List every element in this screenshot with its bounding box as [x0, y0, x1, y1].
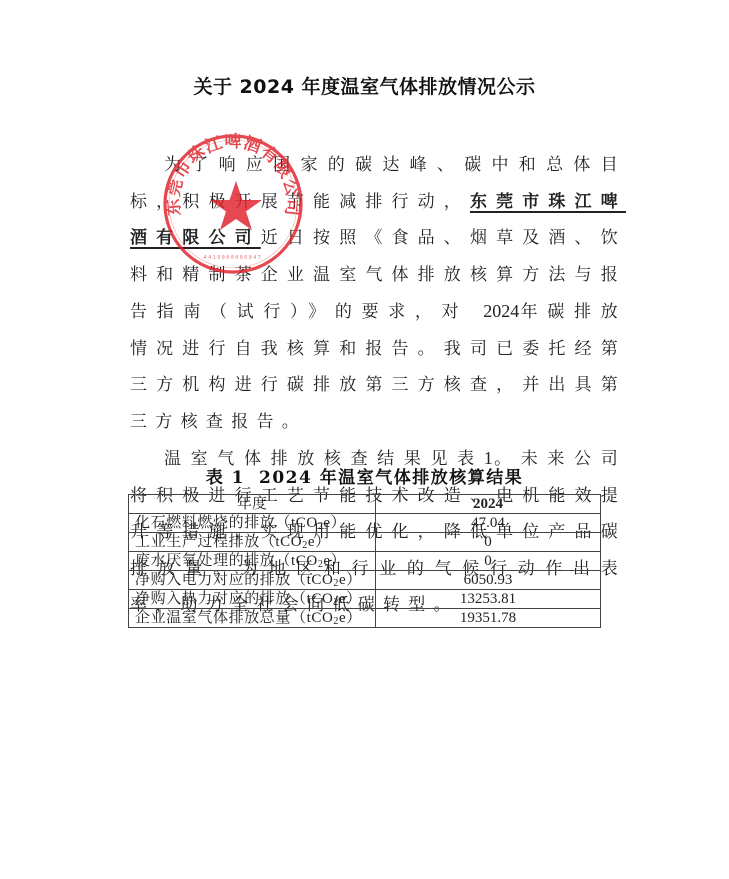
row-value: 47.04 — [376, 514, 601, 533]
row-label: 废水厌氧处理的排放（tCO2e） — [129, 552, 376, 571]
row-value: 0 — [376, 533, 601, 552]
report-year: 2024 — [483, 301, 519, 321]
header-year-value: 2024 — [376, 495, 601, 514]
table-caption-title: 年温室气体排放核算结果 — [320, 468, 524, 488]
unit: （tCO — [291, 572, 333, 588]
row-value: 19351.78 — [376, 609, 601, 628]
unit: （tCO — [291, 591, 333, 607]
row-value: 6050.93 — [376, 571, 601, 590]
row-label: 净购入热力对应的排放（tCO2e） — [129, 590, 376, 609]
row-label-text: 企业温室气体排放总量 — [135, 610, 291, 626]
table-header-row: 年度 2024 — [129, 495, 601, 514]
table-row: 净购入热力对应的排放（tCO2e） 13253.81 — [129, 590, 601, 609]
table-row: 净购入电力对应的排放（tCO2e） 6050.93 — [129, 571, 601, 590]
unit: （tCO — [291, 610, 333, 626]
row-label: 净购入电力对应的排放（tCO2e） — [129, 571, 376, 590]
row-label-text: 废水厌氧处理的排放 — [135, 553, 275, 569]
row-label-text: 净购入热力对应的排放 — [135, 591, 291, 607]
row-label-text: 化石燃料燃烧的排放 — [135, 515, 275, 531]
table-caption: 表 12024 年温室气体排放核算结果 — [0, 463, 729, 488]
unit-suffix: e） — [323, 553, 346, 569]
table-row: 企业温室气体排放总量（tCO2e） 19351.78 — [129, 609, 601, 628]
row-value: 0 — [376, 552, 601, 571]
header-year-label: 年度 — [129, 495, 376, 514]
row-label-text: 工业生产过程排放 — [135, 534, 260, 550]
unit-suffix: e） — [323, 515, 346, 531]
unit: （tCO — [275, 553, 317, 569]
unit: （tCO — [275, 515, 317, 531]
row-value: 13253.81 — [376, 590, 601, 609]
unit-suffix: e） — [339, 572, 362, 588]
unit-suffix: e） — [339, 610, 362, 626]
unit-suffix: e） — [308, 534, 331, 550]
emissions-table: 年度 2024 化石燃料燃烧的排放（tCO2e） 47.04 工业生产过程排放（… — [128, 494, 601, 628]
row-label: 工业生产过程排放（tCO2e） — [129, 533, 376, 552]
unit: （tCO — [260, 534, 302, 550]
unit-suffix: e） — [339, 591, 362, 607]
table-row: 工业生产过程排放（tCO2e） 0 — [129, 533, 601, 552]
paragraph-1: 为了响应国家的碳达峰、碳中和总体目标，积极开展节能减排行动，东莞市珠江啤酒有限公… — [130, 147, 626, 440]
table-caption-label: 表 1 — [206, 468, 245, 488]
row-label: 企业温室气体排放总量（tCO2e） — [129, 609, 376, 628]
row-label-text: 净购入电力对应的排放 — [135, 572, 291, 588]
table-caption-year: 2024 — [259, 468, 312, 488]
table-row: 化石燃料燃烧的排放（tCO2e） 47.04 — [129, 514, 601, 533]
table-row: 废水厌氧处理的排放（tCO2e） 0 — [129, 552, 601, 571]
document-title: 关于 2024 年度温室气体排放情况公示 — [0, 72, 729, 99]
row-label: 化石燃料燃烧的排放（tCO2e） — [129, 514, 376, 533]
